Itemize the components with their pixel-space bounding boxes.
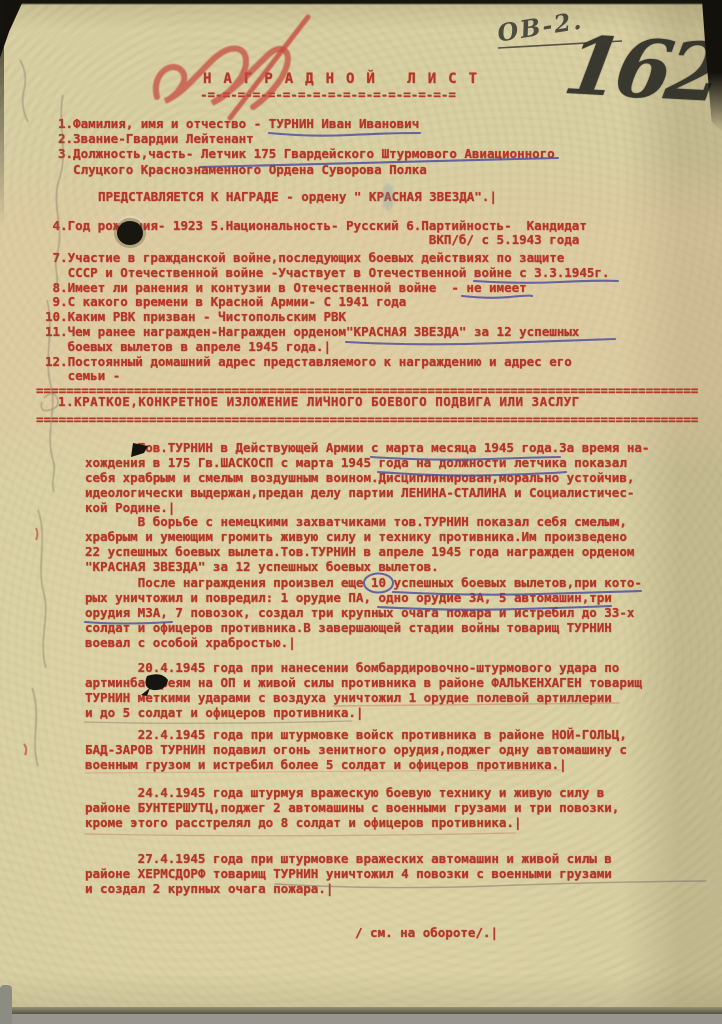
typed-line: Слуцкого Краснознаменного Ордена Суворов… — [58, 162, 555, 177]
citation-paragraph-5: 22.4.1945 года при штурмовке войск проти… — [85, 728, 627, 773]
service-fields: 7.Участие в гражданской войне,последующи… — [45, 251, 609, 384]
typed-line: Тов.ТУРНИН в Действующей Армии с марта м… — [85, 441, 649, 456]
typed-line: рых уничтожил и повредил: 1 орудие ПА, о… — [85, 591, 642, 606]
typed-line: себя храбрым и смелым воздушным воином.Д… — [85, 471, 649, 486]
typed-line: СССР и Отечественной войне -Участвует в … — [45, 266, 609, 281]
scan-edge-top-left-tear — [0, 0, 30, 58]
typed-line: хождения в 175 Гв.ШАСКОСП с марта 1945 г… — [85, 456, 649, 471]
typed-line: 20.4.1945 года при нанесении бомбардиров… — [85, 661, 642, 676]
typed-line: артминбатареям на ОП и живой силы против… — [85, 676, 642, 691]
typed-line: 7.Участие в гражданской войне,последующи… — [45, 251, 609, 266]
typed-line: воевал с особой храбростью.| — [85, 636, 642, 651]
handwritten-page-number: 162 — [558, 18, 722, 119]
citation-paragraph-1: Тов.ТУРНИН в Действующей Армии с марта м… — [85, 441, 649, 516]
see-reverse-note: / см. на обороте/.| — [355, 926, 498, 941]
typed-line: храбрым и умеющим громить живую силу и т… — [85, 530, 634, 545]
typed-line: семьи - — [45, 369, 609, 384]
scan-edge-left — [0, 0, 4, 230]
citation-paragraph-4: 20.4.1945 года при нанесении бомбардиров… — [85, 661, 642, 721]
typed-line: "КРАСНАЯ ЗВЕЗДА" за 12 успешных боевых в… — [85, 560, 634, 575]
typed-line: После награждения произвел еще 10 успешн… — [85, 576, 642, 591]
scan-edge-top — [0, 0, 722, 5]
section-rule-bottom: ========================================… — [36, 413, 698, 428]
typed-line: В борьбе с немецкими захватчиками тов.ТУ… — [85, 515, 634, 530]
red-margin-ticks — [24, 528, 38, 755]
scan-edge-bottom — [0, 1014, 722, 1024]
typed-line: 22.4.1945 года при штурмовке войск проти… — [85, 728, 627, 743]
document-title: НАГРАДНОЙ ЛИСТ — [203, 72, 489, 87]
typed-line: боевых вылетов в апреле 1945 года.| — [45, 340, 609, 355]
typed-line: и создал 2 крупных очага пожара.| — [85, 882, 612, 897]
typed-line: 8.Имеет ли ранения и контузии в Отечеств… — [45, 281, 609, 296]
typed-line: 24.4.1945 года штурмуя вражескую боевую … — [85, 786, 619, 801]
citation-paragraph-7: 27.4.1945 года при штурмовке вражеских а… — [85, 852, 612, 897]
typed-line: солдат и офицеров противника.В завершающ… — [85, 621, 642, 636]
typed-line: 9.С какого времени в Красной Армии- С 19… — [45, 295, 609, 310]
citation-paragraph-3: После награждения произвел еще 10 успешн… — [85, 576, 642, 651]
identity-fields: 1.Фамилия, имя и отчество - ТУРНИН Иван … — [58, 116, 555, 177]
award-sheet-scan: НАГРАДНОЙ ЛИСТ -=-=-=-=-=-=-=-=-=-=-=-=-… — [0, 0, 722, 1024]
typed-line: и до 5 солдат и офицеров противника.| — [85, 706, 642, 721]
typed-line: орудия МЗА, 7 повозок, создал три крупны… — [85, 606, 642, 621]
typed-line: БАД-ЗАРОВ ТУРНИН подавил огонь зенитного… — [85, 743, 627, 758]
typed-line: 2.Звание-Гвардии Лейтенант — [58, 131, 555, 146]
typed-line: военным грузом и истребил более 5 солдат… — [85, 758, 627, 773]
vitals-fields: 4.Год рождения- 1923 5.Национальность- Р… — [45, 219, 587, 247]
scan-edge-bottom-left — [0, 985, 12, 1024]
typed-line: 10.Каким РВК призван - Чистопольским РВК — [45, 310, 609, 325]
citation-paragraph-2: В борьбе с немецкими захватчиками тов.ТУ… — [85, 515, 634, 575]
typed-line: районе ХЕРМСДОРФ товарищ ТУРНИН уничтожи… — [85, 867, 612, 882]
citation-paragraph-6: 24.4.1945 года штурмуя вражескую боевую … — [85, 786, 619, 831]
scan-edge-bottom-shadow — [0, 1007, 722, 1014]
typed-line: 1.Фамилия, имя и отчество - ТУРНИН Иван … — [58, 116, 555, 131]
typed-line: районе БУНТЕРШУТЦ,поджег 2 автомашины с … — [85, 801, 619, 816]
title-rule: -=-=-=-=-=-=-=-=-=-=-=-=-=-=-=-=-= — [200, 88, 456, 103]
typed-line: кроме этого расстрелял до 8 солдат и офи… — [85, 816, 619, 831]
typed-line: 11.Чем ранее награжден-Награжден орденом… — [45, 325, 609, 340]
award-proposal-line: ПРЕДСТАВЛЯЕТСЯ К НАГРАДЕ - ордену " КРАС… — [98, 190, 497, 205]
typed-line: ВКП/б/ с 5.1943 года — [45, 233, 587, 247]
typed-line: 22 успешных боевых вылета.Тов.ТУРНИН в а… — [85, 545, 634, 560]
typed-line: идеологически выдержан,предан делу парти… — [85, 486, 649, 501]
section-title: 1.КРАТКОЕ,КОНКРЕТНОЕ ИЗЛОЖЕНИЕ ЛИЧНОГО Б… — [50, 395, 580, 410]
typed-line: 12.Постоянный домашний адрес представляе… — [45, 355, 609, 370]
typed-line: 27.4.1945 года при штурмовке вражеских а… — [85, 852, 612, 867]
typed-line: ТУРНИН меткими ударами с воздуха уничтож… — [85, 691, 642, 706]
typed-line: 3.Должность,часть- Летчик 175 Гвардейско… — [58, 146, 555, 161]
typed-line: 4.Год рождения- 1923 5.Национальность- Р… — [45, 219, 587, 233]
